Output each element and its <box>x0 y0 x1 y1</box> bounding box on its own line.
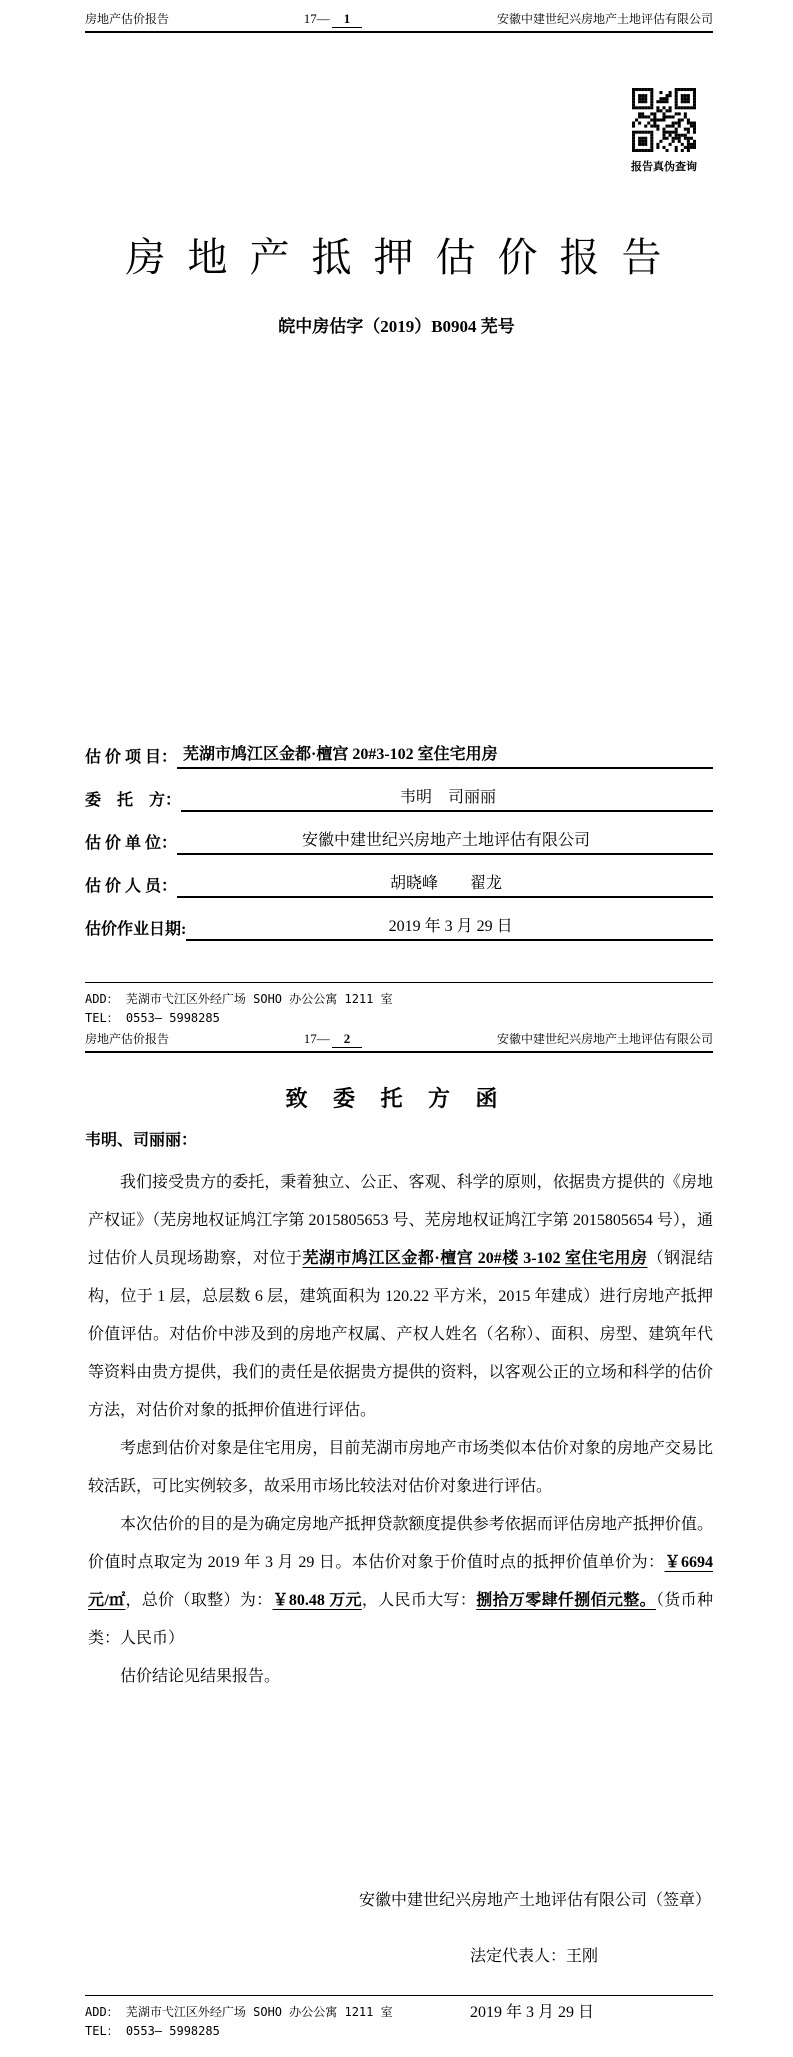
signature-legal-rep: 法定代表人：王刚 <box>470 1929 713 1985</box>
footer-address: ADD： 芜湖市弋江区外经广场 SOHO 办公公寓 1211 室 <box>85 990 713 1009</box>
page-header: 房地产估价报告 17—2 安徽中建世纪兴房地产土地评估有限公司 <box>85 1032 713 1053</box>
letter-title: 致 委 托 方 函 <box>0 1082 793 1113</box>
form-value: 芜湖市鸠江区金都·檀宫 20#3-102 室住宅用房 <box>177 741 713 769</box>
form-value: 韦明 司丽丽 <box>181 784 713 812</box>
header-doc-title: 房地产估价报告 <box>85 1032 169 1046</box>
form-row-client: 委 托 方： 韦明 司丽丽 <box>85 769 713 812</box>
page-prefix: 17— <box>304 11 330 26</box>
report-page-1: 房地产估价报告 17—1 安徽中建世纪兴房地产土地评估有限公司 报告真伪查询 房… <box>0 0 793 1030</box>
report-info-form: 估 价 项 目： 芜湖市鸠江区金都·檀宫 20#3-102 室住宅用房 委 托 … <box>85 726 713 941</box>
letter-paragraph: 本次估价的目的是为确定房地产抵押贷款额度提供参考依据而评估房地产抵押价值。价值时… <box>88 1506 713 1658</box>
report-doc-number: 皖中房估字（2019）B0904 芜号 <box>0 312 793 337</box>
form-value: 安徽中建世纪兴房地产土地评估有限公司 <box>177 827 713 855</box>
report-title: 房 地 产 抵 押 估 价 报 告 <box>0 226 793 283</box>
qr-block: 报告真伪查询 <box>631 88 697 174</box>
header-page-indicator: 17—1 <box>304 12 363 26</box>
report-page-2: 房地产估价报告 17—2 安徽中建世纪兴房地产土地评估有限公司 致 委 托 方 … <box>0 1030 793 2057</box>
form-row-appraisers: 估 价 人 员： 胡晓峰 翟龙 <box>85 855 713 898</box>
footer-phone: TEL： 0553— 5998285 <box>85 1009 713 1028</box>
form-label: 委 托 方： <box>85 787 181 812</box>
footer-address: ADD： 芜湖市弋江区外经广场 SOHO 办公公寓 1211 室 <box>85 2003 713 2022</box>
form-row-agency: 估 价 单 位： 安徽中建世纪兴房地产土地评估有限公司 <box>85 812 713 855</box>
form-value: 胡晓峰 翟龙 <box>177 870 713 898</box>
document-root: { "doc": { "header": { "left": "房地产估价报告"… <box>0 0 793 2057</box>
header-doc-title: 房地产估价报告 <box>85 12 169 26</box>
form-label: 估 价 项 目： <box>85 744 177 769</box>
page-header: 房地产估价报告 17—1 安徽中建世纪兴房地产土地评估有限公司 <box>85 12 713 33</box>
letter-salutation: 韦明、司丽丽： <box>85 1127 197 1150</box>
form-label: 估价作业日期: <box>85 916 186 941</box>
letter-body: 我们接受贵方的委托，秉着独立、公正、客观、科学的原则，依据贵方提供的《房地产权证… <box>88 1164 713 1696</box>
footer-phone: TEL： 0553— 5998285 <box>85 2022 713 2041</box>
form-row-project: 估 价 项 目： 芜湖市鸠江区金都·檀宫 20#3-102 室住宅用房 <box>85 726 713 769</box>
header-company-name: 安徽中建世纪兴房地产土地评估有限公司 <box>497 1032 713 1046</box>
qr-code-icon <box>632 88 696 152</box>
form-row-date: 估价作业日期: 2019 年 3 月 29 日 <box>85 898 713 941</box>
letter-paragraph: 考虑到估价对象是住宅用房，目前芜湖市房地产市场类似本估价对象的房地产交易比较活跃… <box>88 1430 713 1506</box>
signature-company: 安徽中建世纪兴房地产土地评估有限公司（签章） <box>85 1873 713 1929</box>
form-label: 估 价 人 员： <box>85 873 177 898</box>
form-value: 2019 年 3 月 29 日 <box>186 913 713 941</box>
header-page-indicator: 17—2 <box>304 1032 363 1046</box>
qr-caption: 报告真伪查询 <box>631 158 697 174</box>
letter-paragraph: 我们接受贵方的委托，秉着独立、公正、客观、科学的原则，依据贵方提供的《房地产权证… <box>88 1164 713 1430</box>
header-company-name: 安徽中建世纪兴房地产土地评估有限公司 <box>497 12 713 26</box>
page-prefix: 17— <box>304 1031 330 1046</box>
letter-paragraph: 估价结论见结果报告。 <box>88 1658 713 1696</box>
page-footer: ADD： 芜湖市弋江区外经广场 SOHO 办公公寓 1211 室 TEL： 05… <box>85 1995 713 2041</box>
page-number: 2 <box>332 1031 363 1048</box>
page-number: 1 <box>332 11 363 28</box>
form-label: 估 价 单 位： <box>85 830 177 855</box>
page-footer: ADD： 芜湖市弋江区外经广场 SOHO 办公公寓 1211 室 TEL： 05… <box>85 982 713 1028</box>
